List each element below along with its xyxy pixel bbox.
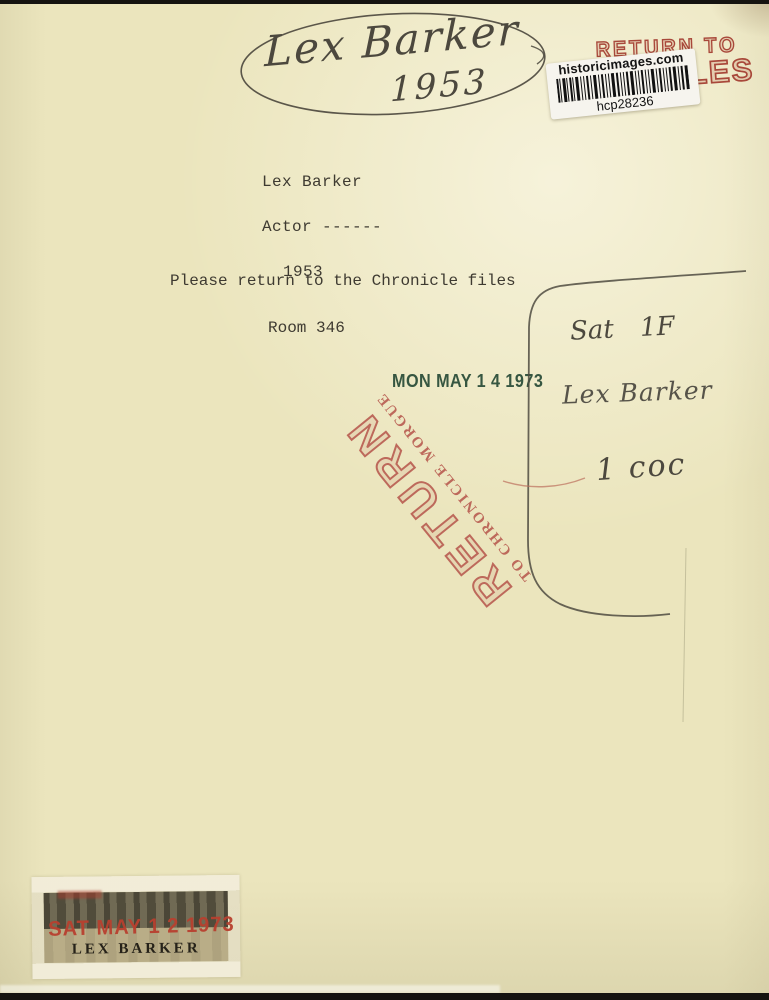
label-date-stamp: SAT MAY 1 2 1973 [48,913,235,942]
pencil-note-slug: Sat 1F [569,311,675,346]
scan-edge-lightband [0,985,500,993]
taped-clipping-label: SAT MAY 1 2 1973 LEX BARKER [31,875,240,979]
scan-edge-top [0,0,769,4]
pencil-note-count: 1 coc [595,447,688,488]
red-ink-smudge [58,890,102,898]
label-printed-name: LEX BARKER [44,940,228,959]
scan-corner-shadow [679,0,769,60]
scan-edge-bottom [0,993,769,1000]
photo-back-scan: Lex Barker 1953 RETURN TO LES historicim… [0,0,769,1000]
pencil-bracket-marks [0,0,769,1000]
newsprint-clipping: SAT MAY 1 2 1973 LEX BARKER [44,891,229,963]
pencil-note-name: Lex Barker [562,375,713,409]
